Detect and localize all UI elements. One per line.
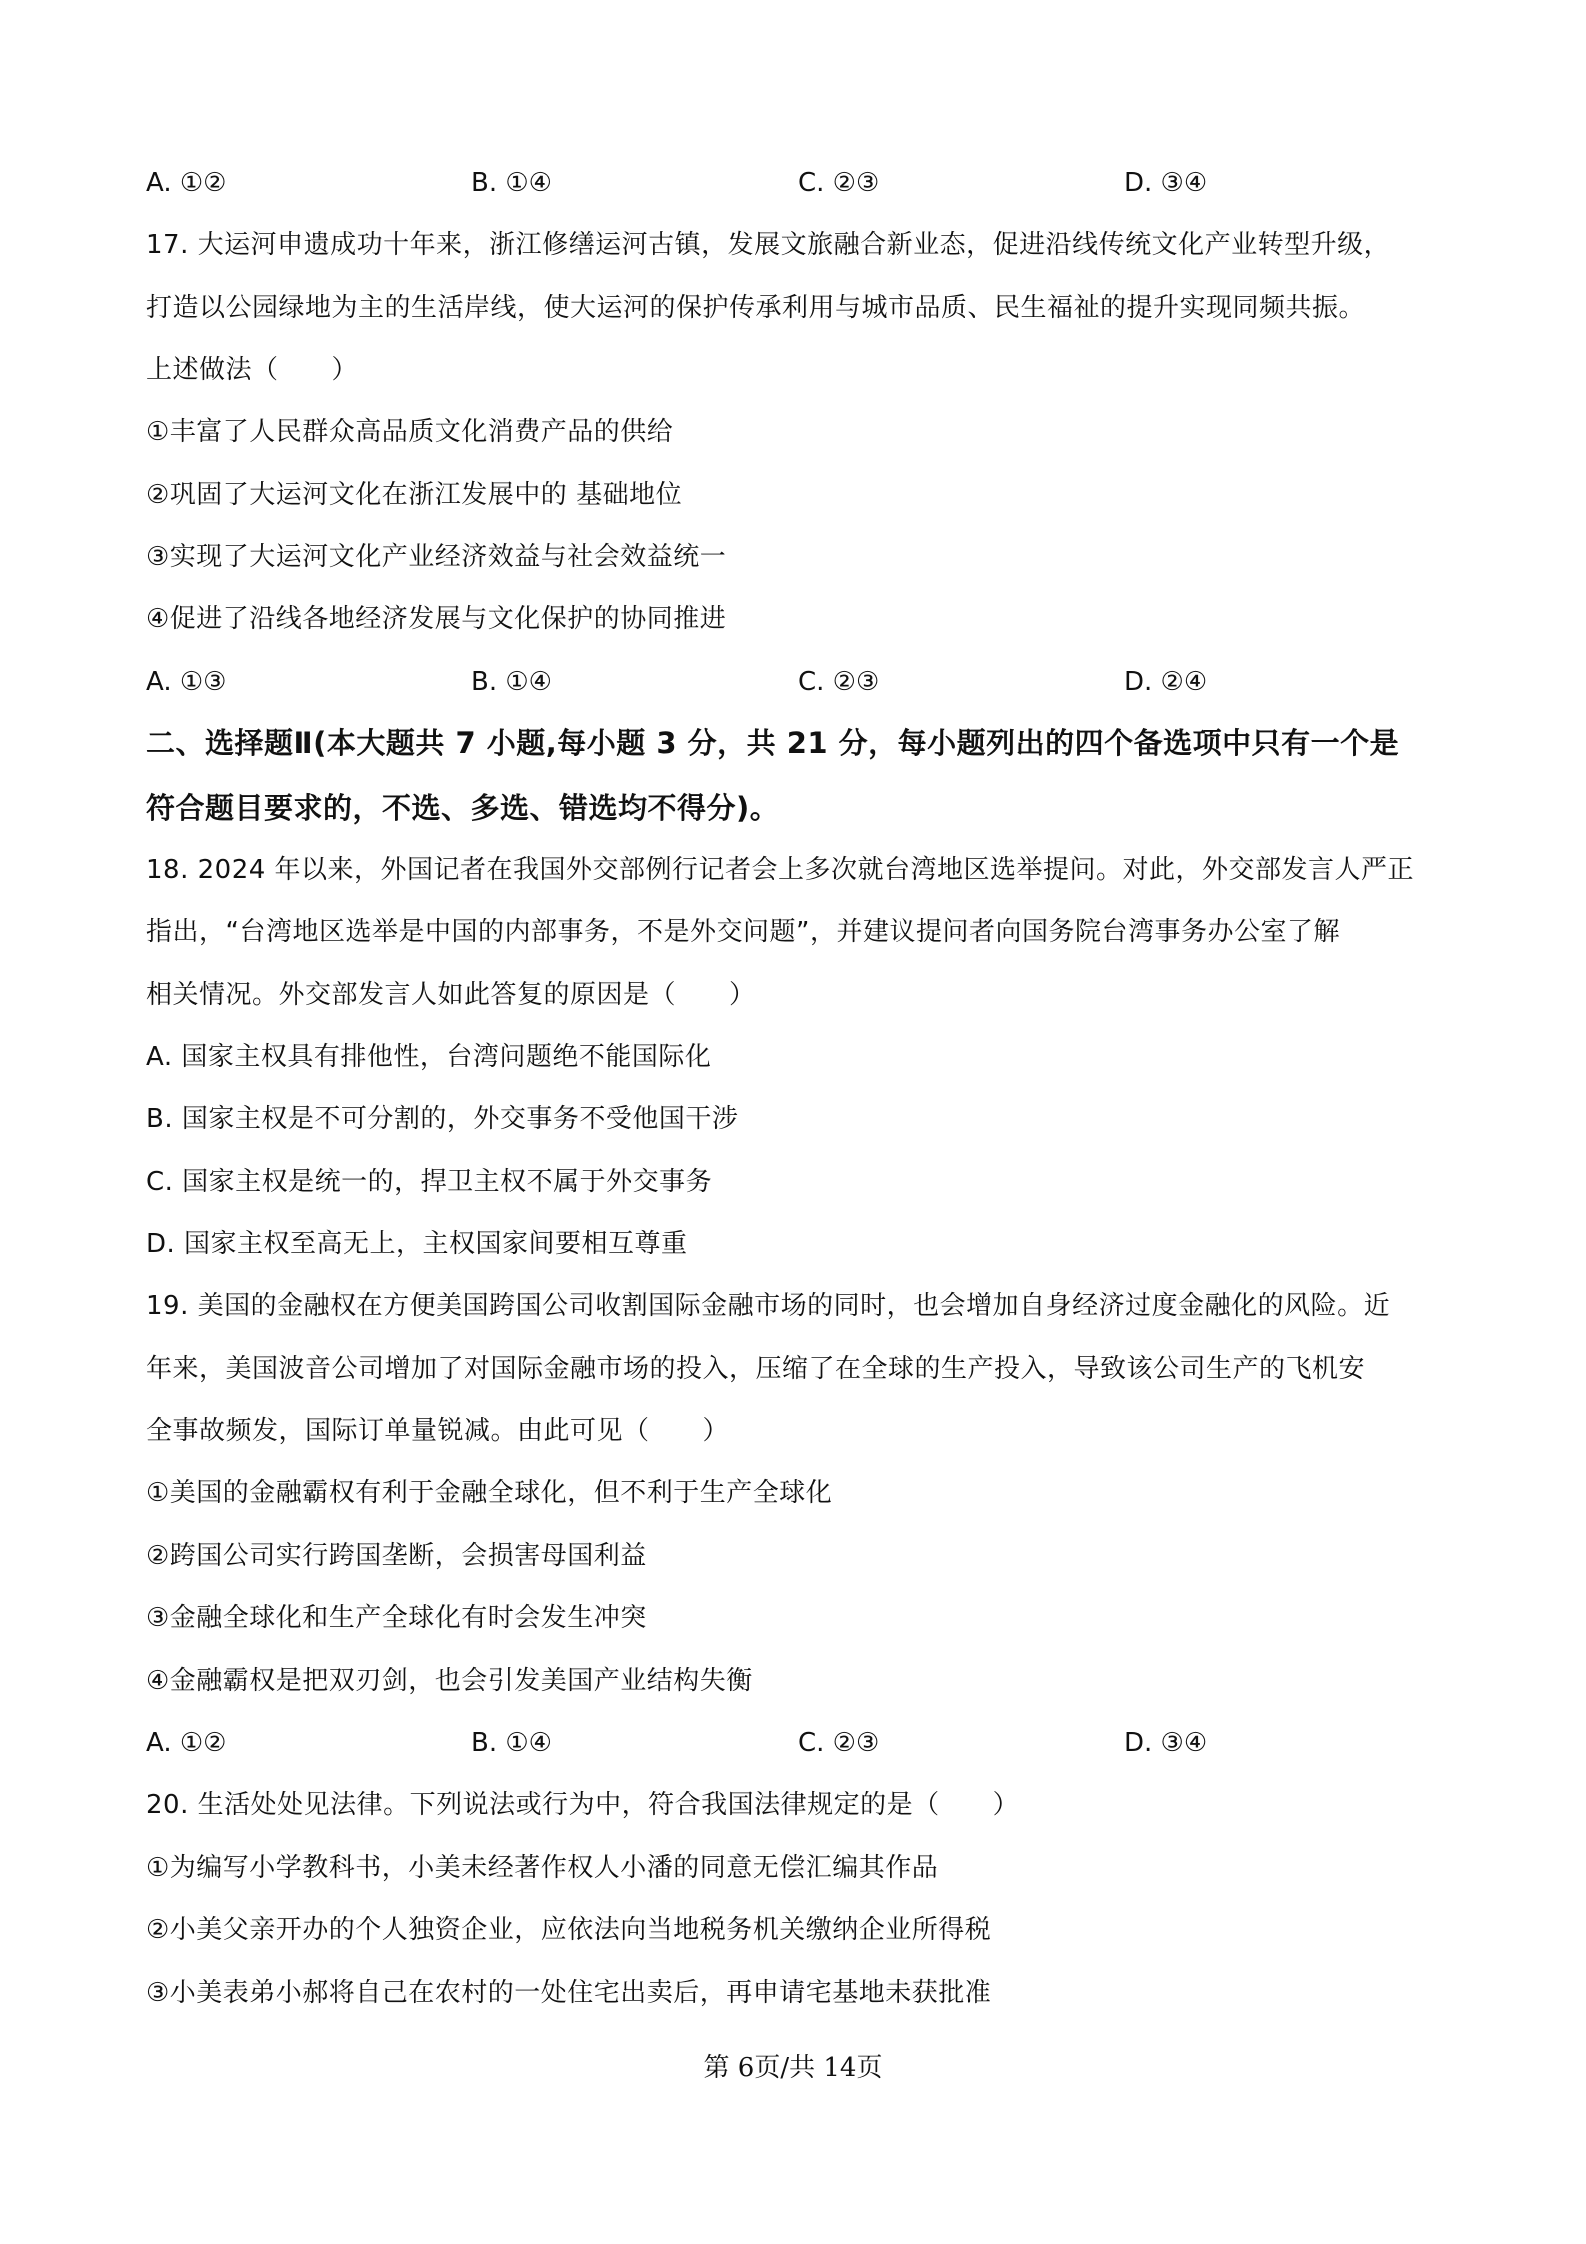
q20-stem-line: 20. 生活处处见法律。下列说法或行为中，符合我国法律规定的是（ ） (146, 1787, 1019, 1823)
q19-options: A. ①② B. ①④ C. ②③ D. ③④ (146, 1725, 1446, 1761)
q18-choice-a: A. 国家主权具有排他性，台湾问题绝不能国际化 (146, 1039, 711, 1075)
option-d: D. ③④ (1124, 165, 1207, 201)
q18-choice-d: D. 国家主权至高无上，主权国家间要相互尊重 (146, 1226, 688, 1262)
option-a: A. ①② (146, 165, 226, 201)
q20-item: ①为编写小学教科书，小美未经著作权人小潘的同意无偿汇编其作品 (146, 1850, 938, 1886)
option-c: C. ②③ (798, 165, 879, 201)
q18-stem-line: 相关情况。外交部发言人如此答复的原因是（ ） (146, 977, 756, 1013)
page-number: 第 6页/共 14页 (0, 2050, 1586, 2086)
option-c: C. ②③ (798, 1725, 879, 1761)
option-a: A. ①③ (146, 664, 226, 700)
option-b: B. ①④ (471, 1725, 552, 1761)
option-a: A. ①② (146, 1725, 226, 1761)
option-d: D. ②④ (1124, 664, 1207, 700)
q20-item: ③小美表弟小郝将自己在农村的一处住宅出卖后，再申请宅基地未获批准 (146, 1975, 991, 2011)
q17-stem-line: 上述做法（ ） (146, 352, 358, 388)
q16-options: A. ①② B. ①④ C. ②③ D. ③④ (146, 165, 1446, 201)
q19-item: ④金融霸权是把双刃剑，也会引发美国产业结构失衡 (146, 1663, 753, 1699)
q19-stem-line: 年来，美国波音公司增加了对国际金融市场的投入，压缩了在全球的生产投入，导致该公司… (146, 1351, 1365, 1387)
q18-choice-b: B. 国家主权是不可分割的，外交事务不受他国干涉 (146, 1101, 738, 1137)
q17-item: ③实现了大运河文化产业经济效益与社会效益统一 (146, 539, 726, 575)
q19-item: ②跨国公司实行跨国垄断，会损害母国利益 (146, 1538, 647, 1574)
q19-item: ①美国的金融霸权有利于金融全球化，但不利于生产全球化 (146, 1475, 832, 1511)
q17-item: ①丰富了人民群众高品质文化消费产品的供给 (146, 414, 673, 450)
document-page: A. ①② B. ①④ C. ②③ D. ③④ 17. 大运河申遗成功十年来，浙… (0, 0, 1586, 2244)
q19-stem-line: 19. 美国的金融权在方便美国跨国公司收割国际金融市场的同时，也会增加自身经济过… (146, 1288, 1390, 1324)
q17-item: ②巩固了大运河文化在浙江发展中的 基础地位 (146, 477, 682, 513)
option-c: C. ②③ (798, 664, 879, 700)
section-heading: 二、选择题Ⅱ(本大题共 7 小题,每小题 3 分，共 21 分，每小题列出的四个… (146, 725, 1399, 761)
q17-item: ④促进了沿线各地经济发展与文化保护的协同推进 (146, 601, 726, 637)
q18-stem-line: 18. 2024 年以来，外国记者在我国外交部例行记者会上多次就台湾地区选举提问… (146, 852, 1414, 888)
q20-item: ②小美父亲开办的个人独资企业，应依法向当地税务机关缴纳企业所得税 (146, 1912, 991, 1948)
q17-stem-line: 17. 大运河申遗成功十年来，浙江修缮运河古镇，发展文旅融合新业态，促进沿线传统… (146, 227, 1390, 263)
q18-choice-c: C. 国家主权是统一的，捍卫主权不属于外交事务 (146, 1164, 712, 1200)
section-heading: 符合题目要求的，不选、多选、错选均不得分)。 (146, 790, 779, 826)
option-b: B. ①④ (471, 165, 552, 201)
option-b: B. ①④ (471, 664, 552, 700)
q17-options: A. ①③ B. ①④ C. ②③ D. ②④ (146, 664, 1446, 700)
option-d: D. ③④ (1124, 1725, 1207, 1761)
q17-stem-line: 打造以公园绿地为主的生活岸线，使大运河的保护传承利用与城市品质、民生福祉的提升实… (146, 290, 1365, 326)
q19-item: ③金融全球化和生产全球化有时会发生冲突 (146, 1600, 647, 1636)
q18-stem-line: 指出，“台湾地区选举是中国的内部事务，不是外交问题”，并建议提问者向国务院台湾事… (146, 914, 1340, 950)
q19-stem-line: 全事故频发，国际订单量锐减。由此可见（ ） (146, 1413, 729, 1449)
